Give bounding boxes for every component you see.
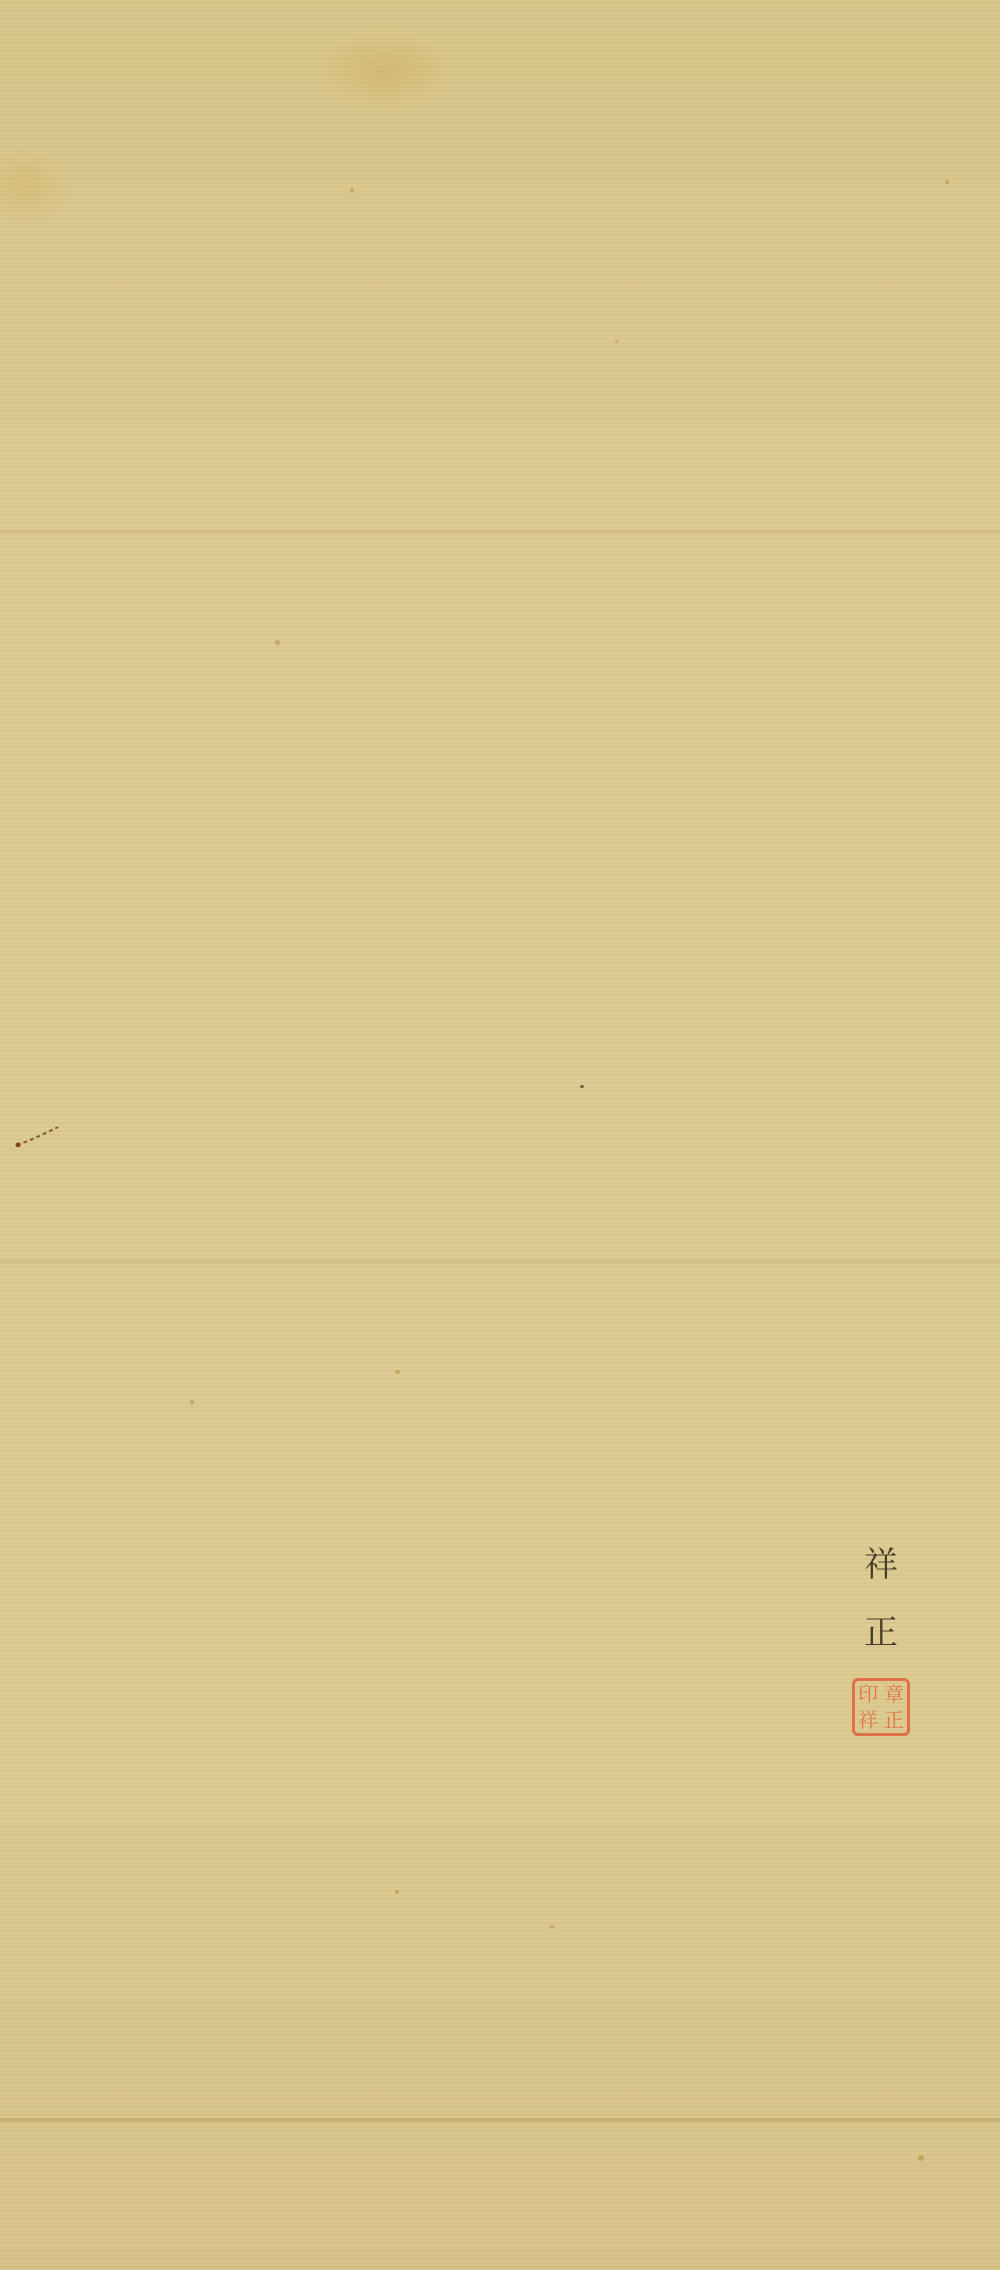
foxing-spot [190, 1400, 194, 1404]
seal-character: 祥 [855, 1710, 881, 1730]
foxing-spot [350, 188, 354, 193]
foxing-spot [275, 640, 280, 645]
foxing-spot [395, 1890, 399, 1894]
stain-streak [14, 1125, 60, 1147]
horizontal-fold-line [0, 530, 1000, 533]
horizontal-fold-line [0, 1260, 1000, 1263]
foxing-spot [550, 1925, 554, 1929]
artist-signature: 祥 正 印 章 祥 正 [848, 1548, 914, 1736]
signature-character: 正 [864, 1616, 898, 1650]
silk-scroll-surface: 祥 正 印 章 祥 正 [0, 0, 1000, 2270]
signature-character: 祥 [864, 1548, 898, 1582]
seal-character: 章 [881, 1684, 907, 1704]
foxing-spot [615, 340, 618, 343]
seal-character: 正 [881, 1710, 907, 1730]
horizontal-fold-line [0, 2118, 1000, 2122]
foxing-spot [918, 2155, 924, 2161]
foxing-spot [395, 1370, 400, 1374]
foxing-spot [580, 1085, 584, 1088]
red-seal: 印 章 祥 正 [852, 1678, 910, 1736]
foxing-spot [945, 180, 949, 184]
seal-character: 印 [855, 1684, 881, 1704]
